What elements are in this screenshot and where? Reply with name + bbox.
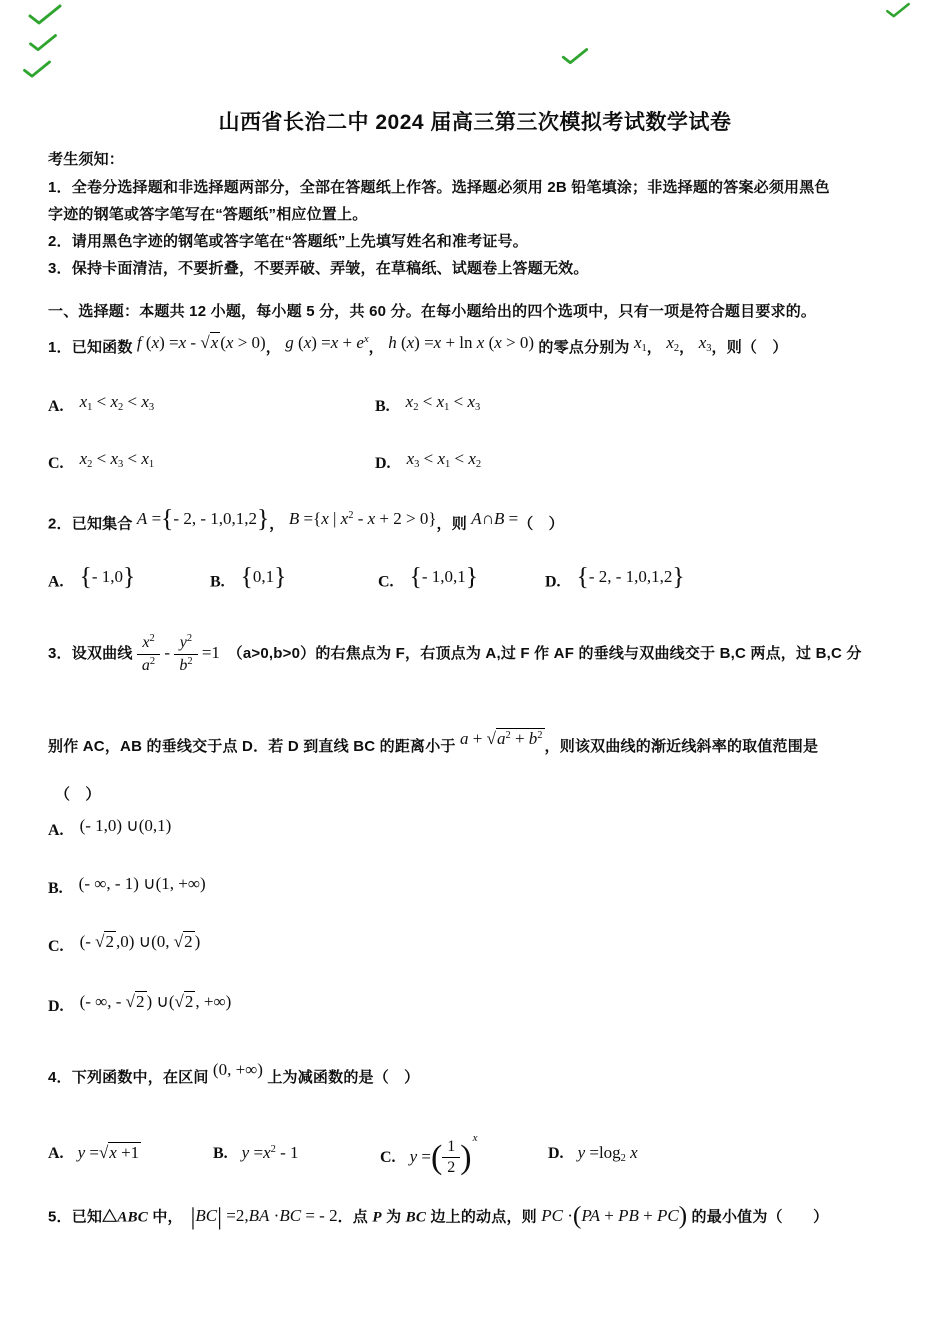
option-label: A. (48, 822, 64, 839)
section-heading: 一、选择题：本题共 12 小题，每小题 5 分，共 60 分。在每小题给出的四个… (48, 300, 816, 321)
option-value: y =√x +1 (78, 1143, 142, 1162)
option-value: x2 < x3 < x1 (80, 449, 155, 468)
question-3-option-d: D.(- ∞, - √2) ∪(√2, +∞) (48, 996, 231, 1016)
question-3-option-a: A.(- 1,0) ∪(0,1) (48, 820, 171, 840)
option-value: y =x2 - 1 (242, 1143, 299, 1162)
option-value: (- ∞, - √2) ∪(√2, +∞) (80, 992, 232, 1011)
option-value: (- ∞, - 1) ∪(1, +∞) (79, 874, 206, 893)
question-3-option-b: B.(- ∞, - 1) ∪(1, +∞) (48, 878, 206, 898)
option-label: A. (48, 398, 64, 415)
question-2-option-c: C.{- 1,0,1} (378, 568, 478, 594)
question-4-option-c: C.y =(12)x (380, 1138, 478, 1178)
question-3-stem-line2: 别作 AC，AB 的垂线交于点 D．若 D 到直线 BC 的距离小于 a + √… (48, 735, 818, 756)
notice-line-2: 2．请用黑色字迹的钢笔或答字笔在“答题纸”上先填写姓名和准考证号。 (48, 230, 528, 251)
question-1-option-c: C.x2 < x3 < x1 (48, 453, 154, 474)
option-label: C. (380, 1149, 396, 1166)
question-2-option-b: B.{0,1} (210, 568, 286, 594)
green-check-mark-icon (27, 33, 59, 53)
option-value: x3 < x1 < x2 (407, 449, 482, 468)
question-4-stem: 4．下列函数中，在区间 (0, +∞) 上为减函数的是（ ） (48, 1066, 419, 1087)
question-2-option-d: D.{- 2, - 1,0,1,2} (545, 568, 685, 594)
option-value: {- 1,0} (80, 567, 136, 586)
question-4-option-b: B.y =x2 - 1 (213, 1143, 299, 1163)
question-2-stem: 2．已知集合 A ={- 2, - 1,0,1,2}， B ={x | x2 -… (48, 510, 564, 536)
option-label: A. (48, 1145, 64, 1162)
notice-line-1: 1．全卷分选择题和非选择题两部分，全部在答题纸上作答。选择题必须用 2B 铅笔填… (48, 176, 830, 197)
option-label: B. (375, 398, 390, 415)
option-label: B. (213, 1145, 228, 1162)
option-value: (- √2,0) ∪(0, √2) (80, 932, 201, 951)
question-5-stem: 5．已知△ABC 中， |BC| =2,BA ·BC = - 2．点 P 为 B… (48, 1203, 828, 1231)
option-value: x1 < x2 < x3 (80, 392, 155, 411)
question-1-option-a: A.x1 < x2 < x3 (48, 396, 154, 417)
option-label: D. (375, 455, 391, 472)
option-label: C. (378, 573, 394, 590)
green-check-mark-icon (561, 47, 589, 66)
option-label: B. (48, 880, 63, 897)
question-4-option-a: A.y =√x +1 (48, 1143, 141, 1163)
question-1-option-b: B.x2 < x1 < x3 (375, 396, 480, 417)
option-value: x2 < x1 < x3 (406, 392, 481, 411)
option-value: {- 2, - 1,0,1,2} (577, 567, 685, 586)
option-label: A. (48, 573, 64, 590)
question-4-option-d: D.y =log2 x (548, 1143, 638, 1164)
option-label: D. (548, 1145, 564, 1162)
question-1-stem: 1．已知函数 f (x) =x - √x(x > 0)， g (x) =x + … (48, 336, 788, 358)
question-2-option-a: A.{- 1,0} (48, 568, 135, 594)
exam-paper-page: { "page": { "background": "#ffffff", "te… (0, 0, 950, 1344)
option-value: (- 1,0) ∪(0,1) (80, 816, 172, 835)
green-check-mark-icon (26, 3, 64, 27)
option-value: {0,1} (241, 567, 287, 586)
question-3-stem-line3: （ ） (55, 783, 101, 804)
notice-line-3: 3．保持卡面清洁，不要折叠，不要弄破、弄皱，在草稿纸、试题卷上答题无效。 (48, 257, 589, 278)
option-value: y =log2 x (578, 1143, 638, 1162)
option-value: {- 1,0,1} (410, 567, 478, 586)
green-check-mark-icon (884, 2, 912, 19)
green-check-mark-icon (22, 59, 52, 80)
question-3-option-c: C.(- √2,0) ∪(0, √2) (48, 936, 200, 956)
page-title: 山西省长治二中 2024 届高三第三次模拟考试数学试卷 (0, 106, 950, 136)
option-label: C. (48, 455, 64, 472)
notice-label: 考生须知： (48, 148, 124, 169)
notice-line-1-cont: 字迹的钢笔或答字笔写在“答题纸”相应位置上。 (48, 203, 367, 224)
option-label: D. (545, 573, 561, 590)
option-value: y =(12)x (410, 1147, 478, 1166)
question-3-stem-line1: 3．设双曲线 x2a2 - y2b2 =1 （a>0,b>0）的右焦点为 F，右… (48, 622, 862, 685)
option-label: D. (48, 998, 64, 1015)
option-label: C. (48, 938, 64, 955)
option-label: B. (210, 573, 225, 590)
question-1-option-d: D.x3 < x1 < x2 (375, 453, 481, 474)
